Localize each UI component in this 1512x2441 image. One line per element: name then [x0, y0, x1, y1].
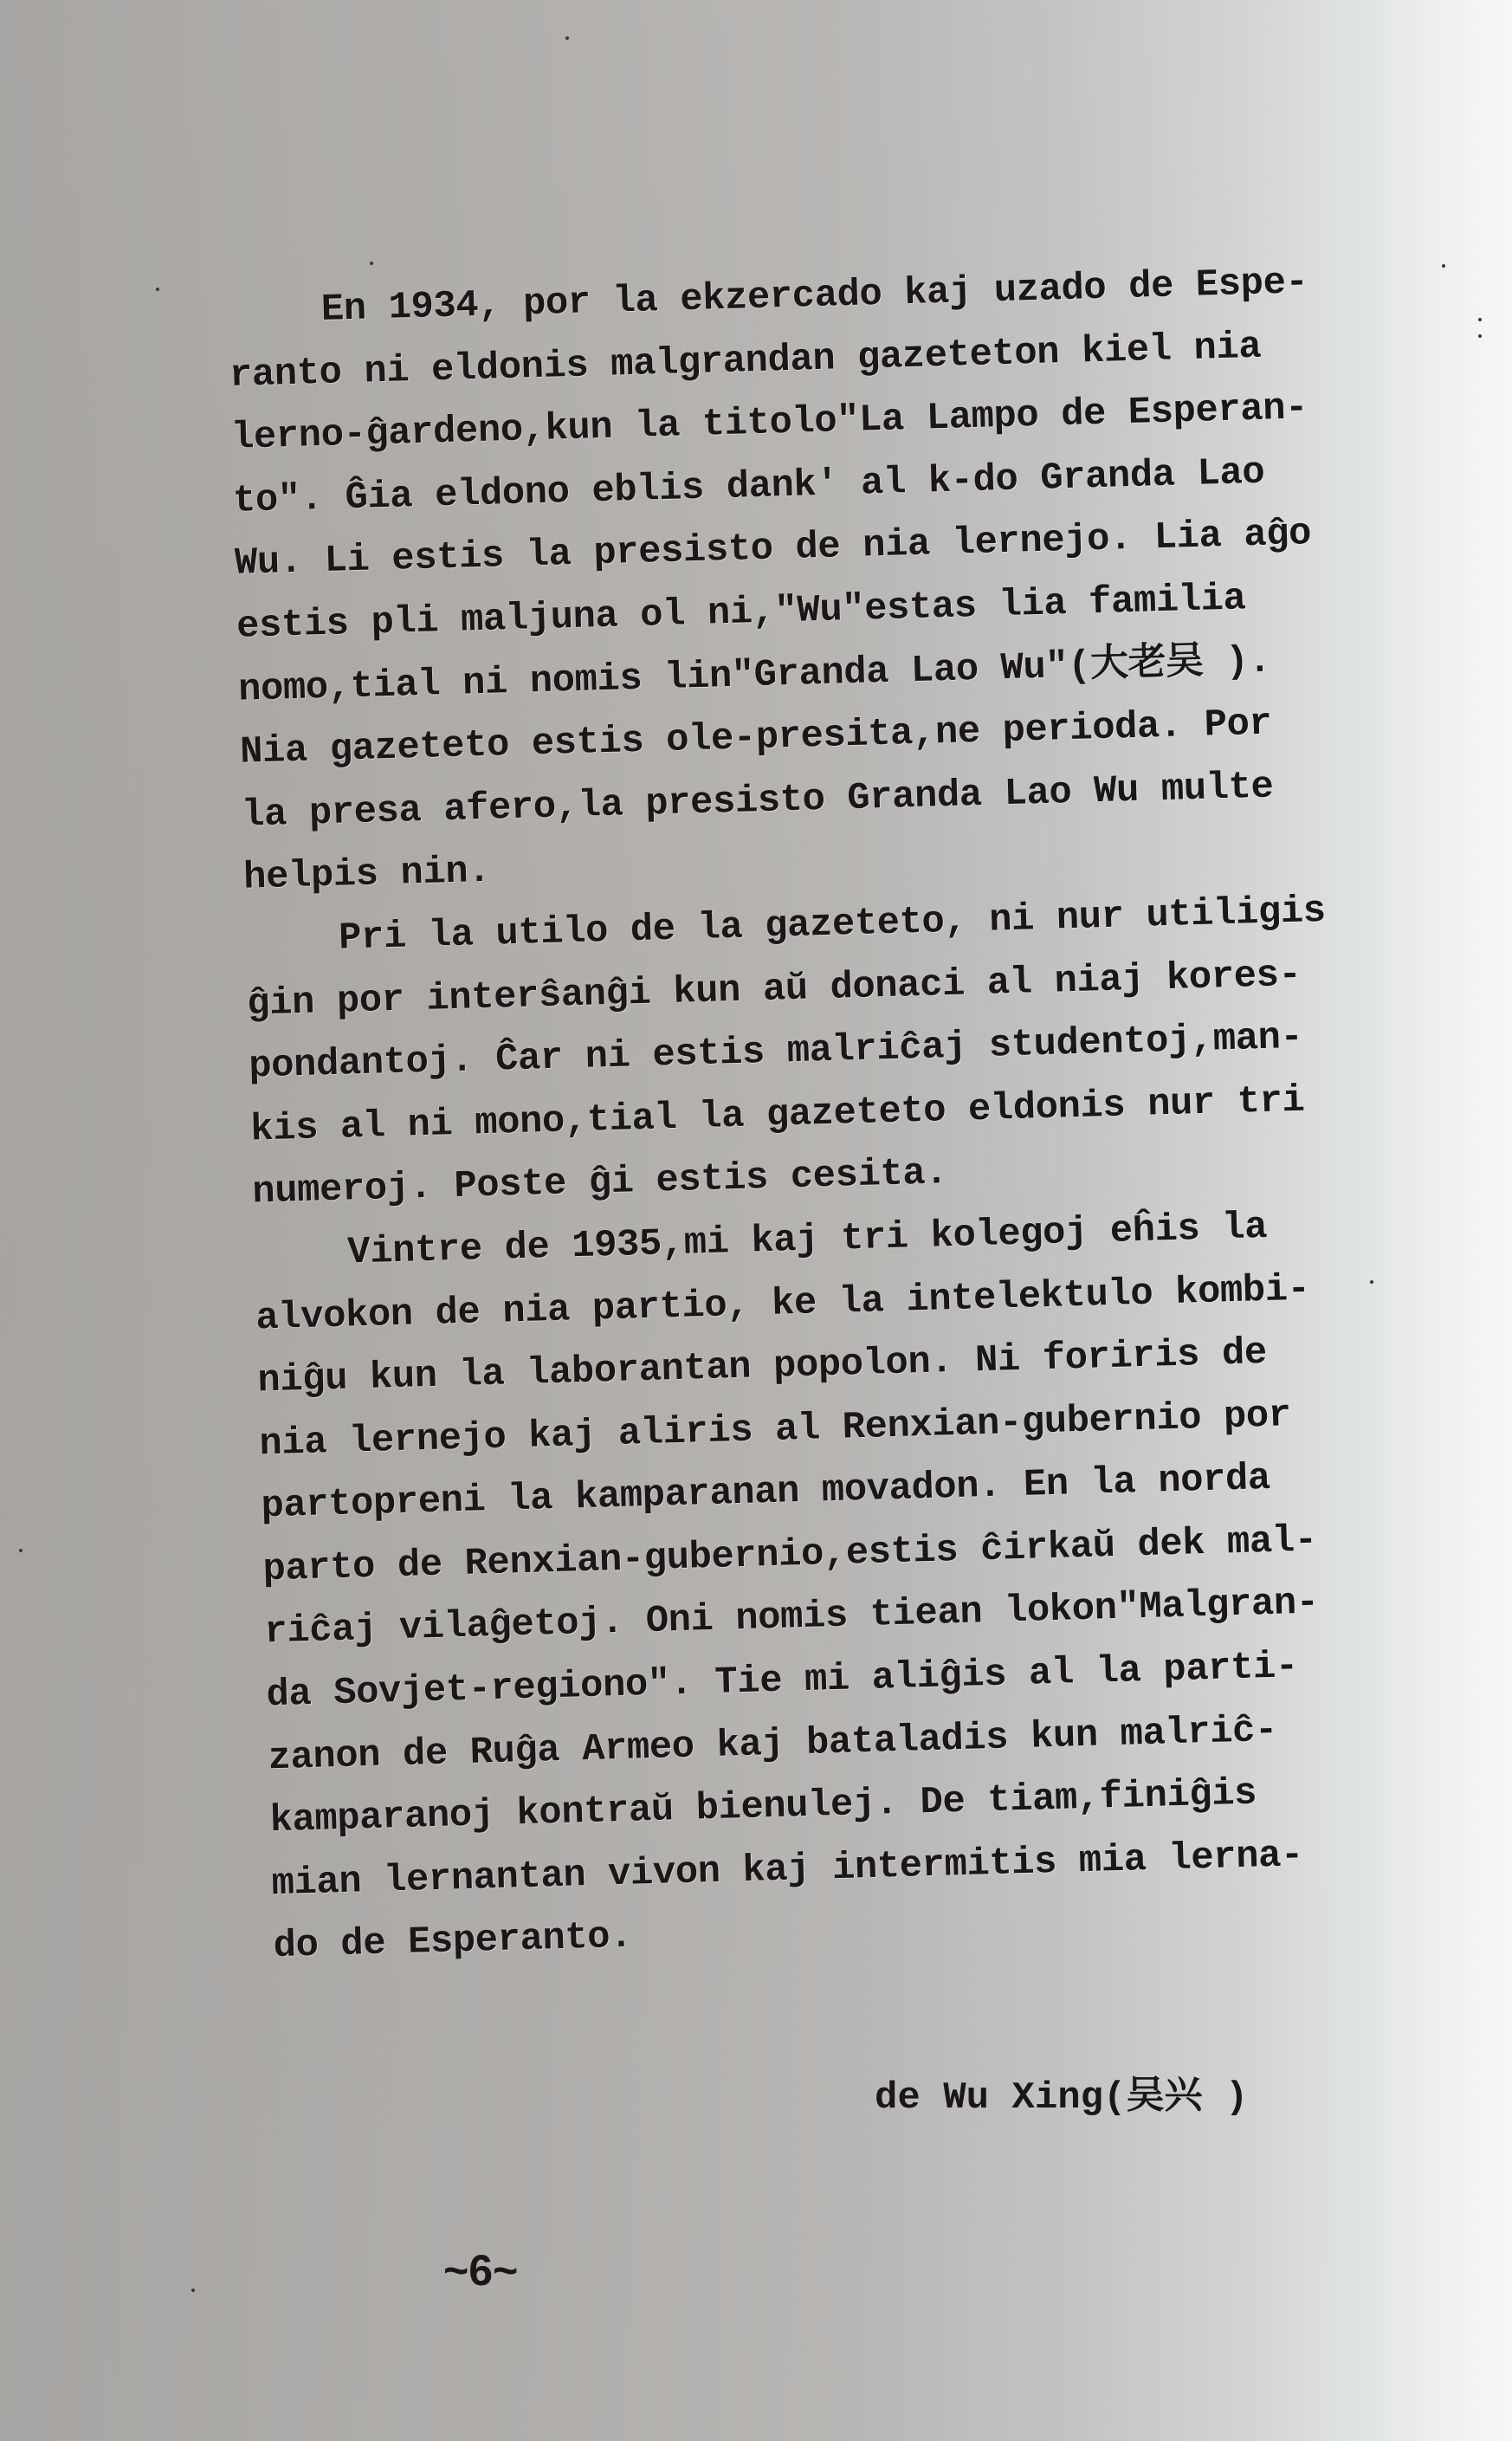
scanned-page: En 1934, por la ekzercado kaj uzado de E… — [0, 0, 1512, 2441]
dust-speck — [191, 2289, 195, 2292]
dust-speck — [565, 36, 569, 40]
dust-speck — [1370, 1280, 1373, 1284]
dust-speck — [156, 288, 159, 291]
dust-speck — [1478, 334, 1482, 338]
dust-speck — [370, 262, 373, 265]
dust-speck — [1442, 264, 1445, 268]
author-signature: de Wu Xing(吴兴 ) — [875, 2063, 1248, 2120]
dust-speck — [19, 1549, 23, 1552]
page-number: ~6~ — [443, 2245, 518, 2295]
body-text: En 1934, por la ekzercado kaj uzado de E… — [227, 250, 1399, 1979]
dust-speck — [1478, 318, 1482, 321]
